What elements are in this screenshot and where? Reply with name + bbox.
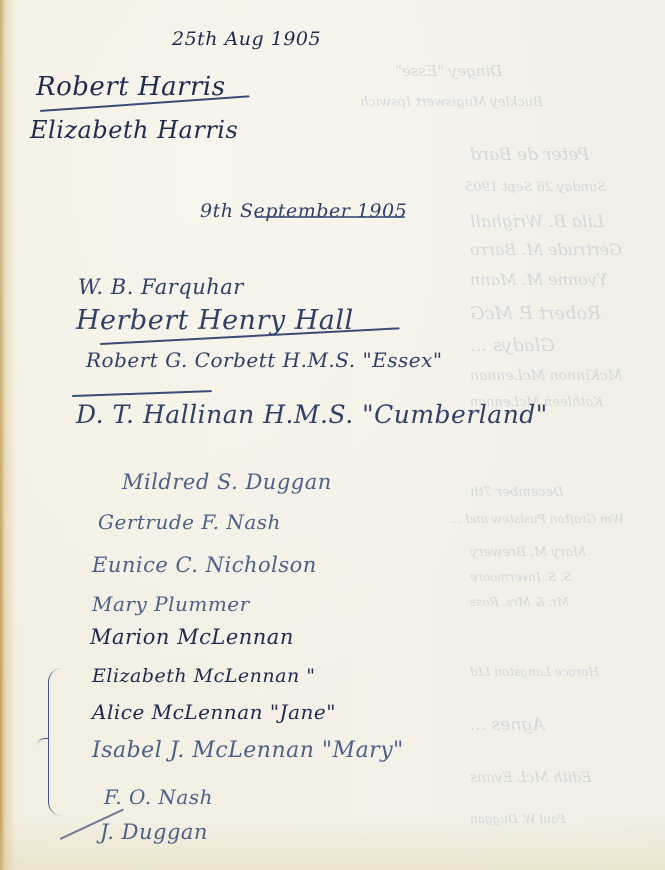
signature: Gertrude F. Nash <box>98 510 281 534</box>
date-strike <box>255 216 405 218</box>
signature: Robert Harris <box>36 72 226 102</box>
show-through-text: Mary M. Brewery <box>470 545 586 560</box>
signature: Mary Plummer <box>92 592 250 616</box>
entry-date: 25th Aug 1905 <box>172 28 321 50</box>
show-through-text: Paul W. Duggan <box>470 812 566 826</box>
signature: Elizabeth McLennan " <box>92 665 315 687</box>
show-through-text: Horace Langston Ltd <box>470 665 599 679</box>
show-through-text: Sunday 26 Sept 1905 <box>465 180 606 195</box>
show-through-text: Agnes ... <box>470 715 545 735</box>
show-through-text: S. S. Invermoore <box>470 570 572 584</box>
show-through-text: Gertrude M. Barro <box>470 240 622 259</box>
family-bracket <box>48 668 71 816</box>
signature: Mildred S. Duggan <box>122 470 332 494</box>
show-through-text: Buckley Mugiswert Ipswich <box>360 95 543 110</box>
signature: F. O. Nash <box>104 785 213 809</box>
entry-date: 9th September 1905 <box>200 200 407 222</box>
show-through-text: Lila B. Wrighall <box>470 212 604 232</box>
signature: Eunice C. Nicholson <box>92 553 317 577</box>
show-through-text: Gladys ... <box>470 335 555 356</box>
show-through-text: McKinnon McLennan <box>470 368 622 384</box>
show-through-text: Wm Grafton Puslstew and ... <box>450 512 624 526</box>
guestbook-page: Dingey "Esse" Buckley Mugiswert Ipswich … <box>0 0 665 870</box>
show-through-text: Peter de Bard <box>470 145 589 165</box>
signature: D. T. Hallinan H.M.S. "Cumberland" <box>76 400 548 429</box>
show-through-text: December 7th <box>470 485 564 500</box>
signature: Elizabeth Harris <box>30 116 238 144</box>
show-through-text: Robert P. McG <box>470 303 601 324</box>
show-through-text: Mr. & Mrs. Ross <box>470 595 569 609</box>
signature: Alice McLennan "Jane" <box>92 700 336 724</box>
signature: Isabel J. McLennan "Mary" <box>92 738 404 763</box>
show-through-text: Yvonne M. Mann <box>470 270 607 289</box>
show-through-text: Edith McL Evans <box>470 770 591 786</box>
signature: Robert G. Corbett H.M.S. "Essex" <box>86 348 443 372</box>
signature-underline <box>72 390 212 396</box>
show-through-text: Dingey "Esse" <box>395 62 502 80</box>
signature: W. B. Farquhar <box>78 275 244 299</box>
signature: J. Duggan <box>100 820 208 844</box>
signature: Marion McLennan <box>90 625 294 649</box>
